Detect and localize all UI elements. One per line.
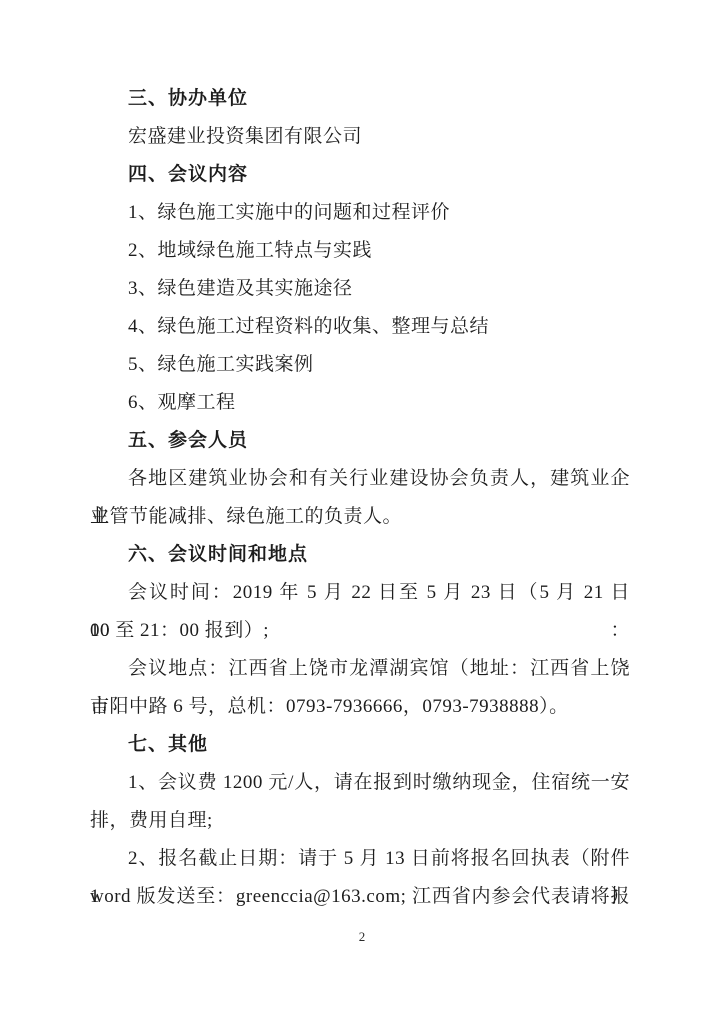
text-line: 宏盛建业投资集团有限公司: [90, 118, 630, 156]
text-line: 主管节能减排、绿色施工的负责人。: [90, 498, 630, 536]
document-body: 三、协办单位宏盛建业投资集团有限公司四、会议内容1、绿色施工实施中的问题和过程评…: [90, 80, 630, 916]
text-line: 3、绿色建造及其实施途径: [90, 270, 630, 308]
text-line: 2、报名截止日期：请于 5 月 13 日前将报名回执表（附件 1）: [90, 840, 630, 878]
section-heading: 七、其他: [90, 726, 630, 764]
section-heading: 三、协办单位: [90, 80, 630, 118]
text-line: 4、绿色施工过程资料的收集、整理与总结: [90, 308, 630, 346]
text-line: 各地区建筑业协会和有关行业建设协会负责人，建筑业企业: [90, 460, 630, 498]
text-line: 吉阳中路 6 号，总机：0793-7936666，0793-7938888）。: [90, 688, 630, 726]
text-line: 会议地点：江西省上饶市龙潭湖宾馆（地址：江西省上饶市: [90, 650, 630, 688]
text-line: 1、绿色施工实施中的问题和过程评价: [90, 194, 630, 232]
text-line: 1、会议费 1200 元/人，请在报到时缴纳现金，住宿统一安: [90, 764, 630, 802]
section-heading: 五、参会人员: [90, 422, 630, 460]
section-heading: 六、会议时间和地点: [90, 536, 630, 574]
text-line: 会议时间：2019 年 5 月 22 日至 5 月 23 日（5 月 21 日 …: [90, 574, 630, 612]
text-line: 6、观摩工程: [90, 384, 630, 422]
page-number: 2: [0, 928, 724, 946]
text-line: 排，费用自理;: [90, 802, 630, 840]
section-heading: 四、会议内容: [90, 156, 630, 194]
document-page: 三、协办单位宏盛建业投资集团有限公司四、会议内容1、绿色施工实施中的问题和过程评…: [0, 0, 724, 1024]
text-line: 5、绿色施工实践案例: [90, 346, 630, 384]
text-line: word 版发送至：greenccia@163.com; 江西省内参会代表请将报: [90, 878, 630, 916]
text-line: 2、地域绿色施工特点与实践: [90, 232, 630, 270]
